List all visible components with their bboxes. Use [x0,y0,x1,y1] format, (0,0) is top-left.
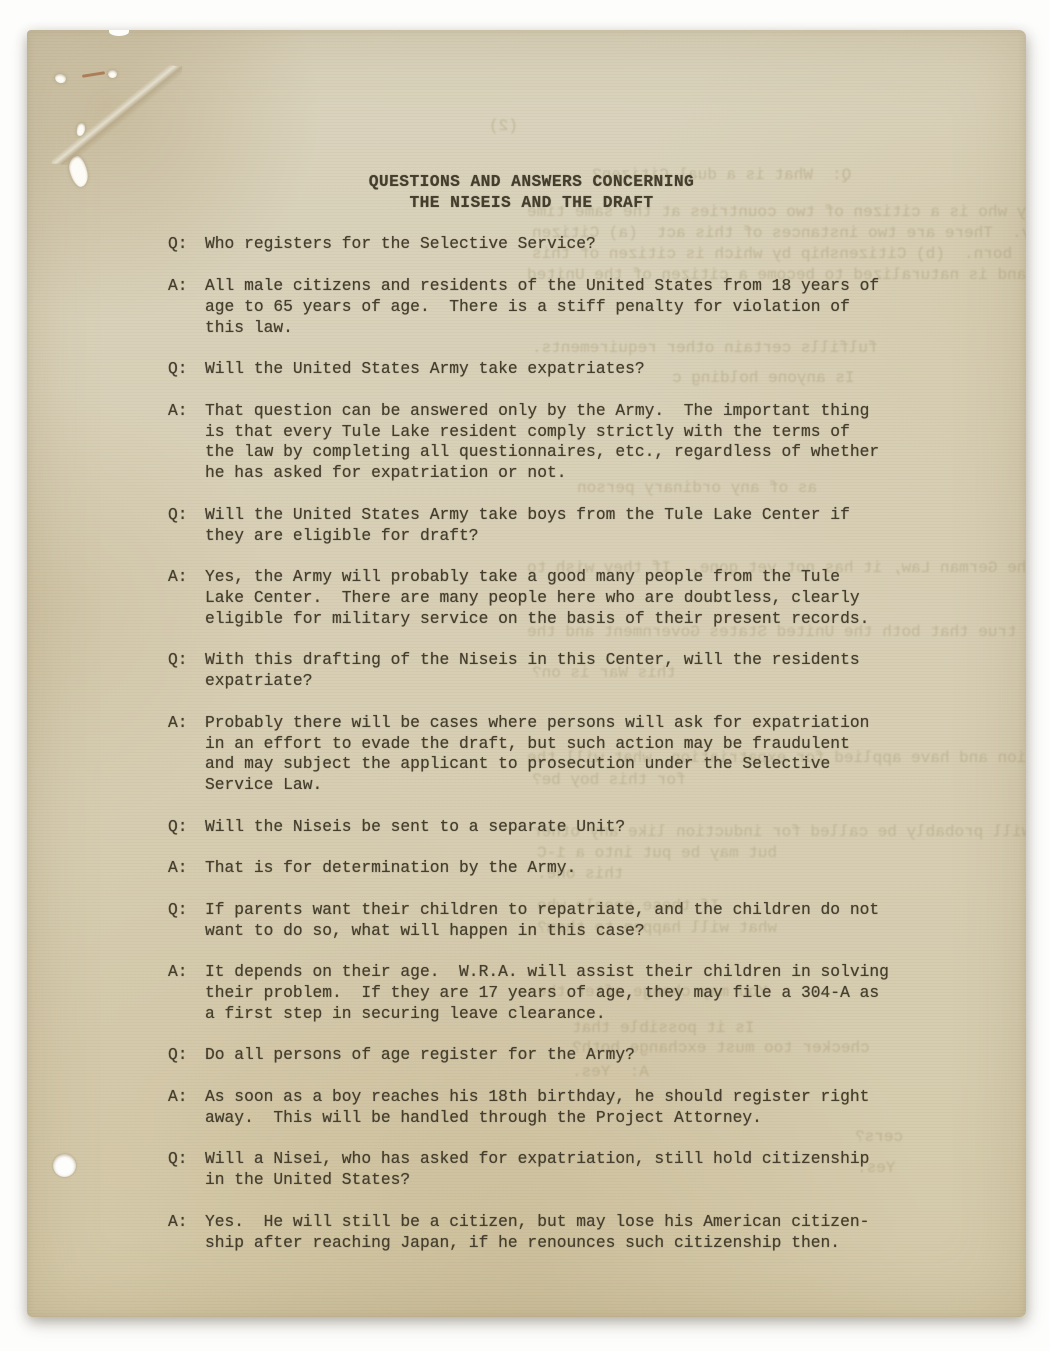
qa-question: Q:With this drafting of the Niseis in th… [168,650,926,692]
question-line: If parents want their children to repatr… [205,900,895,921]
answer-text: That question can be answered only by th… [205,401,895,484]
answer-text: Yes. He will still be a citizen, but may… [205,1212,895,1254]
question-label: Q: [168,900,205,942]
qa-list: Q:Who registers for the Selective Servic… [168,234,926,1253]
question-label: Q: [168,1045,205,1066]
qa-question: Q:Will the Niseis be sent to a separate … [168,817,926,838]
question-line: Who registers for the Selective Service? [205,234,895,255]
typewritten-content: QUESTIONS AND ANSWERS CONCERNING THE NIS… [27,30,1026,1253]
question-line: in the United States? [205,1170,895,1191]
answer-line: It depends on their age. W.R.A. will ass… [205,962,895,983]
answer-line: this law. [205,318,895,339]
answer-line: eligible for military service on the bas… [205,609,895,630]
answer-line: Yes, the Army will probably take a good … [205,567,895,588]
answer-text: Yes, the Army will probably take a good … [205,567,895,629]
answer-label: A: [168,962,205,1024]
question-label: Q: [168,505,205,547]
qa-block: Q:Will a Nisei, who has asked for expatr… [168,1149,926,1253]
qa-answer: A:Probably there will be cases where per… [168,713,926,796]
title-line-1: QUESTIONS AND ANSWERS CONCERNING [168,172,895,193]
answer-text: All male citizens and residents of the U… [205,276,895,338]
question-text: Will the Niseis be sent to a separate Un… [205,817,895,838]
answer-line: is that every Tule Lake resident comply … [205,422,895,443]
answer-text: It depends on their age. W.R.A. will ass… [205,962,895,1024]
qa-answer: A:Yes. He will still be a citizen, but m… [168,1212,926,1254]
question-line: Do all persons of age register for the A… [205,1045,895,1066]
title-line-2: THE NISEIS AND THE DRAFT [168,193,895,214]
qa-question: Q:Will a Nisei, who has asked for expatr… [168,1149,926,1191]
question-line: expatriate? [205,671,895,692]
qa-question: Q:Who registers for the Selective Servic… [168,234,926,255]
qa-block: Q:Do all persons of age register for the… [168,1045,926,1128]
qa-block: Q:If parents want their children to repa… [168,900,926,1025]
answer-label: A: [168,401,205,484]
document-title: QUESTIONS AND ANSWERS CONCERNING THE NIS… [168,172,895,214]
qa-answer: A:All male citizens and residents of the… [168,276,926,338]
qa-block: Q:Will the United States Army take boys … [168,505,926,630]
question-text: Will the United States Army take expatri… [205,359,895,380]
answer-line: away. This will be handled through the P… [205,1108,895,1129]
answer-label: A: [168,713,205,796]
answer-line: That question can be answered only by th… [205,401,895,422]
answer-label: A: [168,567,205,629]
question-label: Q: [168,650,205,692]
question-label: Q: [168,359,205,380]
question-line: Will the United States Army take expatri… [205,359,895,380]
answer-line: That is for determination by the Army. [205,858,895,879]
scan-background: (2)Q: What is a dual Citizen?A: Anybody … [0,0,1050,1351]
question-line: want to do so, what will happen in this … [205,921,895,942]
answer-line: ship after reaching Japan, if he renounc… [205,1233,895,1254]
question-label: Q: [168,817,205,838]
qa-answer: A:That question can be answered only by … [168,401,926,484]
qa-question: Q:Do all persons of age register for the… [168,1045,926,1066]
answer-line: their problem. If they are 17 years of a… [205,983,895,1004]
question-label: Q: [168,1149,205,1191]
answer-line: he has asked for expatriation or not. [205,463,895,484]
question-label: Q: [168,234,205,255]
answer-line: Yes. He will still be a citizen, but may… [205,1212,895,1233]
answer-line: All male citizens and residents of the U… [205,276,895,297]
answer-text: As soon as a boy reaches his 18th birthd… [205,1087,895,1129]
qa-block: Q:Who registers for the Selective Servic… [168,234,926,338]
qa-answer: A:That is for determination by the Army. [168,858,926,879]
answer-line: a first step in securing leave clearance… [205,1004,895,1025]
qa-block: Q:With this drafting of the Niseis in th… [168,650,926,796]
qa-question: Q:If parents want their children to repa… [168,900,926,942]
paper-hole [108,70,117,78]
answer-label: A: [168,1087,205,1129]
question-line: they are eligible for draft? [205,526,895,547]
question-line: With this drafting of the Niseis in this… [205,650,895,671]
question-line: Will the United States Army take boys fr… [205,505,895,526]
answer-line: Probably there will be cases where perso… [205,713,895,734]
answer-line: in an effort to evade the draft, but suc… [205,734,895,755]
question-text: Do all persons of age register for the A… [205,1045,895,1066]
question-line: Will a Nisei, who has asked for expatria… [205,1149,895,1170]
answer-text: Probably there will be cases where perso… [205,713,895,796]
answer-label: A: [168,1212,205,1254]
document-page: (2)Q: What is a dual Citizen?A: Anybody … [27,30,1026,1317]
answer-line: As soon as a boy reaches his 18th birthd… [205,1087,895,1108]
question-text: If parents want their children to repatr… [205,900,895,942]
answer-line: Lake Center. There are many people here … [205,588,895,609]
qa-answer: A:Yes, the Army will probably take a goo… [168,567,926,629]
punch-hole [53,1154,76,1177]
answer-line: Service Law. [205,775,895,796]
answer-line: age to 65 years of age. There is a stiff… [205,297,895,318]
qa-question: Q:Will the United States Army take boys … [168,505,926,547]
answer-label: A: [168,276,205,338]
answer-line: and may subject the applicant to prosecu… [205,754,895,775]
question-text: Will the United States Army take boys fr… [205,505,895,547]
answer-label: A: [168,858,205,879]
qa-answer: A:As soon as a boy reaches his 18th birt… [168,1087,926,1129]
qa-answer: A:It depends on their age. W.R.A. will a… [168,962,926,1024]
question-line: Will the Niseis be sent to a separate Un… [205,817,895,838]
question-text: With this drafting of the Niseis in this… [205,650,895,692]
qa-question: Q:Will the United States Army take expat… [168,359,926,380]
question-text: Who registers for the Selective Service? [205,234,895,255]
question-text: Will a Nisei, who has asked for expatria… [205,1149,895,1191]
qa-block: Q:Will the Niseis be sent to a separate … [168,817,926,879]
answer-line: the law by completing all questionnaires… [205,442,895,463]
answer-text: That is for determination by the Army. [205,858,895,879]
qa-block: Q:Will the United States Army take expat… [168,359,926,484]
